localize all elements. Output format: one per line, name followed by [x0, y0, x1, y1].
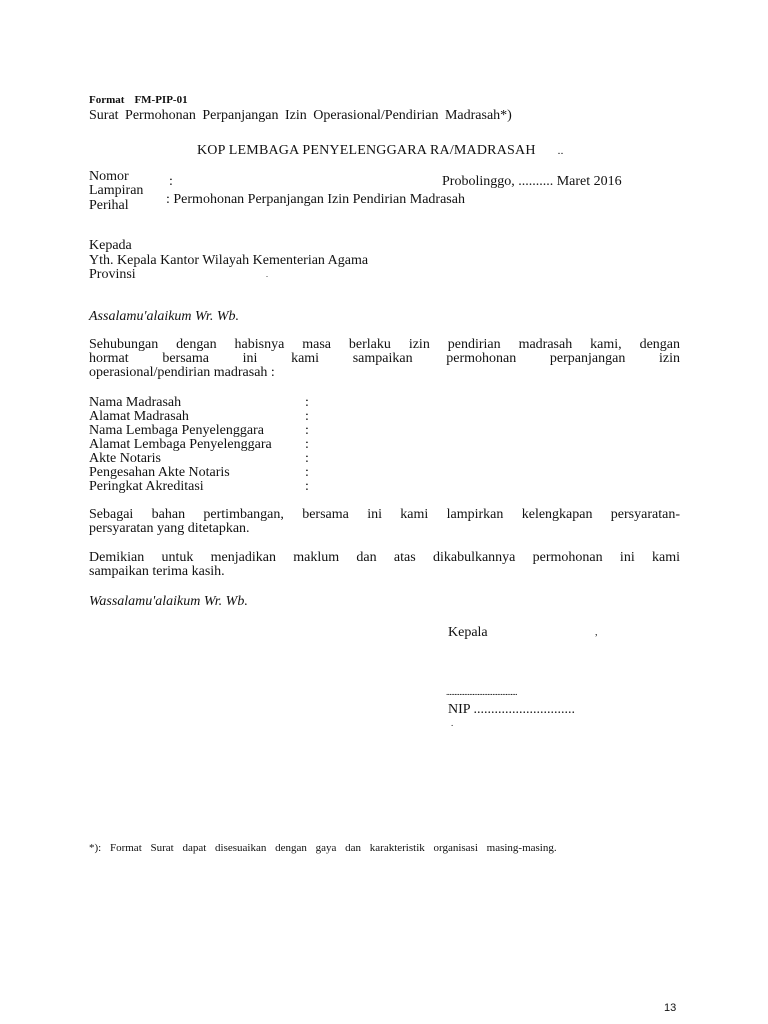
field-label: Akte Notaris	[89, 451, 161, 466]
field-colon: :	[305, 424, 309, 438]
field-colon: :	[305, 438, 309, 452]
paragraph-1-line-3: operasional/pendirian madrasah :	[89, 366, 680, 380]
field-label: Peringkat Akreditasi	[89, 479, 204, 494]
letterhead-placeholder: KOP LEMBAGA PENYELENGGARA RA/MADRASAH..	[197, 143, 564, 159]
field-label: Pengesahan Akte Notaris	[89, 465, 230, 480]
field-row: Peringkat Akreditasi:	[89, 480, 204, 494]
letterhead-dots: ..	[558, 145, 564, 157]
field-row: Alamat Lembaga Penyelenggara:	[89, 438, 272, 452]
format-code-line: FormatFM-PIP-01	[89, 94, 188, 106]
recipient-kepada: Kepada	[89, 239, 132, 253]
recipient-line1: Yth. Kepala Kantor Wilayah Kementerian A…	[89, 254, 368, 268]
field-label: Nama Madrasah	[89, 395, 181, 410]
field-row: Akte Notaris:	[89, 452, 161, 466]
recipient-provinsi-dot: .	[266, 268, 268, 282]
nomor-colon: :	[169, 174, 173, 190]
paragraph-3: Demikian untuk menjadikan maklum dan ata…	[89, 551, 680, 579]
paragraph-3-line-2: sampaikan terima kasih.	[89, 565, 680, 579]
signature-comma: ,	[595, 627, 598, 638]
page-number: 13	[664, 1002, 676, 1014]
paragraph-2-line-1: Sebagai bahan pertimbangan, bersama ini …	[89, 508, 680, 522]
paragraph-2-line-2: persyaratan yang ditetapkan.	[89, 522, 680, 536]
perihal-value: : Permohonan Perpanjangan Izin Pendirian…	[166, 192, 465, 208]
paragraph-1-line-1: Sehubungan dengan habisnya masa berlaku …	[89, 338, 680, 352]
lampiran-label: Lampiran	[89, 183, 143, 199]
paragraph-2: Sebagai bahan pertimbangan, bersama ini …	[89, 508, 680, 536]
field-row: Pengesahan Akte Notaris:	[89, 466, 230, 480]
recipient-provinsi: Provinsi	[89, 268, 136, 282]
perihal-label: Perihal	[89, 198, 129, 214]
field-row: Nama Lembaga Penyelenggara:	[89, 424, 264, 438]
paragraph-1: Sehubungan dengan habisnya masa berlaku …	[89, 338, 680, 380]
paragraph-1-line-2: hormat bersama ini kami sampaikan permoh…	[89, 352, 680, 366]
field-colon: :	[305, 396, 309, 410]
field-colon: :	[305, 480, 309, 494]
field-label: Alamat Lembaga Penyelenggara	[89, 437, 272, 452]
field-colon: :	[305, 466, 309, 480]
field-label: Nama Lembaga Penyelenggara	[89, 423, 264, 438]
greeting: Assalamu'alaikum Wr. Wb.	[89, 310, 239, 324]
letterhead-text: KOP LEMBAGA PENYELENGGARA RA/MADRASAH	[197, 143, 536, 158]
field-colon: :	[305, 410, 309, 424]
document-title: Surat Permohonan Perpanjangan Izin Opera…	[89, 108, 512, 124]
date-line: Probolinggo, .......... Maret 2016	[442, 174, 622, 190]
signature-title: Kepala	[448, 625, 488, 641]
paragraph-3-line-1: Demikian untuk menjadikan maklum dan ata…	[89, 551, 680, 565]
signature-nip: NIP .............................	[448, 702, 575, 718]
field-colon: :	[305, 452, 309, 466]
signature-name-line: ........................................…	[446, 687, 517, 697]
field-row: Nama Madrasah:	[89, 396, 181, 410]
signature-dot: .	[451, 718, 453, 728]
field-row: Alamat Madrasah:	[89, 410, 189, 424]
format-label: Format	[89, 94, 124, 106]
field-label: Alamat Madrasah	[89, 409, 189, 424]
format-code: FM-PIP-01	[134, 94, 187, 106]
footnote: *): Format Surat dapat disesuaikan denga…	[89, 842, 557, 854]
closing-greeting: Wassalamu'alaikum Wr. Wb.	[89, 595, 248, 609]
